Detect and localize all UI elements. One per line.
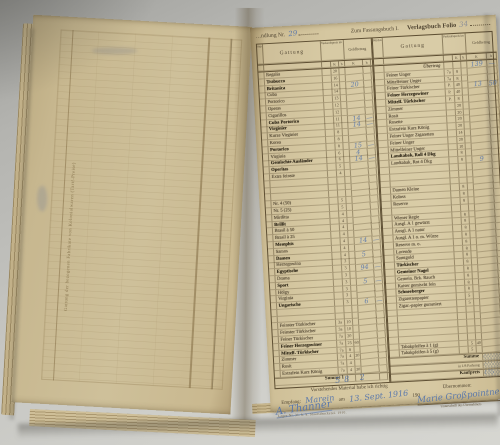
page-content: …ndlung Nr. 29 Zum Fassungsbuch I. Verla… — [250, 15, 500, 412]
blank-cell — [444, 55, 453, 61]
handlung-label: …ndlung Nr. — [255, 32, 285, 40]
gattung-header: Gattung — [263, 41, 322, 64]
handwritten-kaufpreis-k: 175 — [484, 369, 495, 376]
gattung-header: Gattung — [383, 35, 444, 58]
ink-smudge — [37, 186, 47, 212]
right-page: …ndlung Nr. 29 Zum Fassungsbuch I. Verla… — [250, 15, 500, 412]
geldbetrag-header: Geldbetrag — [344, 39, 371, 60]
blank-cell — [374, 59, 384, 66]
handwritten-date: 13. Sept. 1916 — [349, 389, 409, 404]
dotted-blank — [299, 27, 319, 35]
heller-mark: h — [363, 60, 371, 66]
handwritten-folio-number: 34 — [459, 20, 469, 29]
table-body: Übertrag 139 — Feiner Unger 7a 8 — [374, 60, 500, 358]
left-page: Gattung der bezogenen Fabrikate von Kolo… — [12, 15, 252, 415]
preis-header: Verkaufspreis im Kleinen für 1 kg — [321, 40, 345, 61]
handwritten-handlung-number: 29 — [287, 29, 297, 38]
preis-header: Verkaufspreis im Kleinen für 1 kg — [443, 33, 467, 54]
verlagsbuch-folio-label: Verlagsbuch Folio — [407, 22, 457, 32]
right-signature-block: Marie Großpointner Unterschrift des Über… — [417, 388, 500, 409]
photo-of-open-ledger-book: Gattung der bezogenen Fabrikate von Kolo… — [0, 0, 500, 445]
table-body: Regalia 20 Trabucco 16 — [258, 66, 388, 378]
uebernommen-label: Übernommen: — [443, 383, 472, 390]
ledger-table: Stückzahl o. kg Gattung Verkaufspreis im… — [256, 31, 500, 389]
column-group-2: Stückzahl o. kg Gattung Verkaufspreis im… — [372, 32, 500, 382]
pencil-smudge — [91, 47, 137, 54]
blank-cell — [322, 62, 331, 68]
fassungsbuch-label: Zum Fassungsbuch I. — [351, 26, 399, 35]
column-group-1: Stückzahl o. kg Gattung Verkaufspreis im… — [257, 38, 390, 387]
am-label: am — [339, 398, 345, 403]
blank-cell — [380, 373, 388, 380]
